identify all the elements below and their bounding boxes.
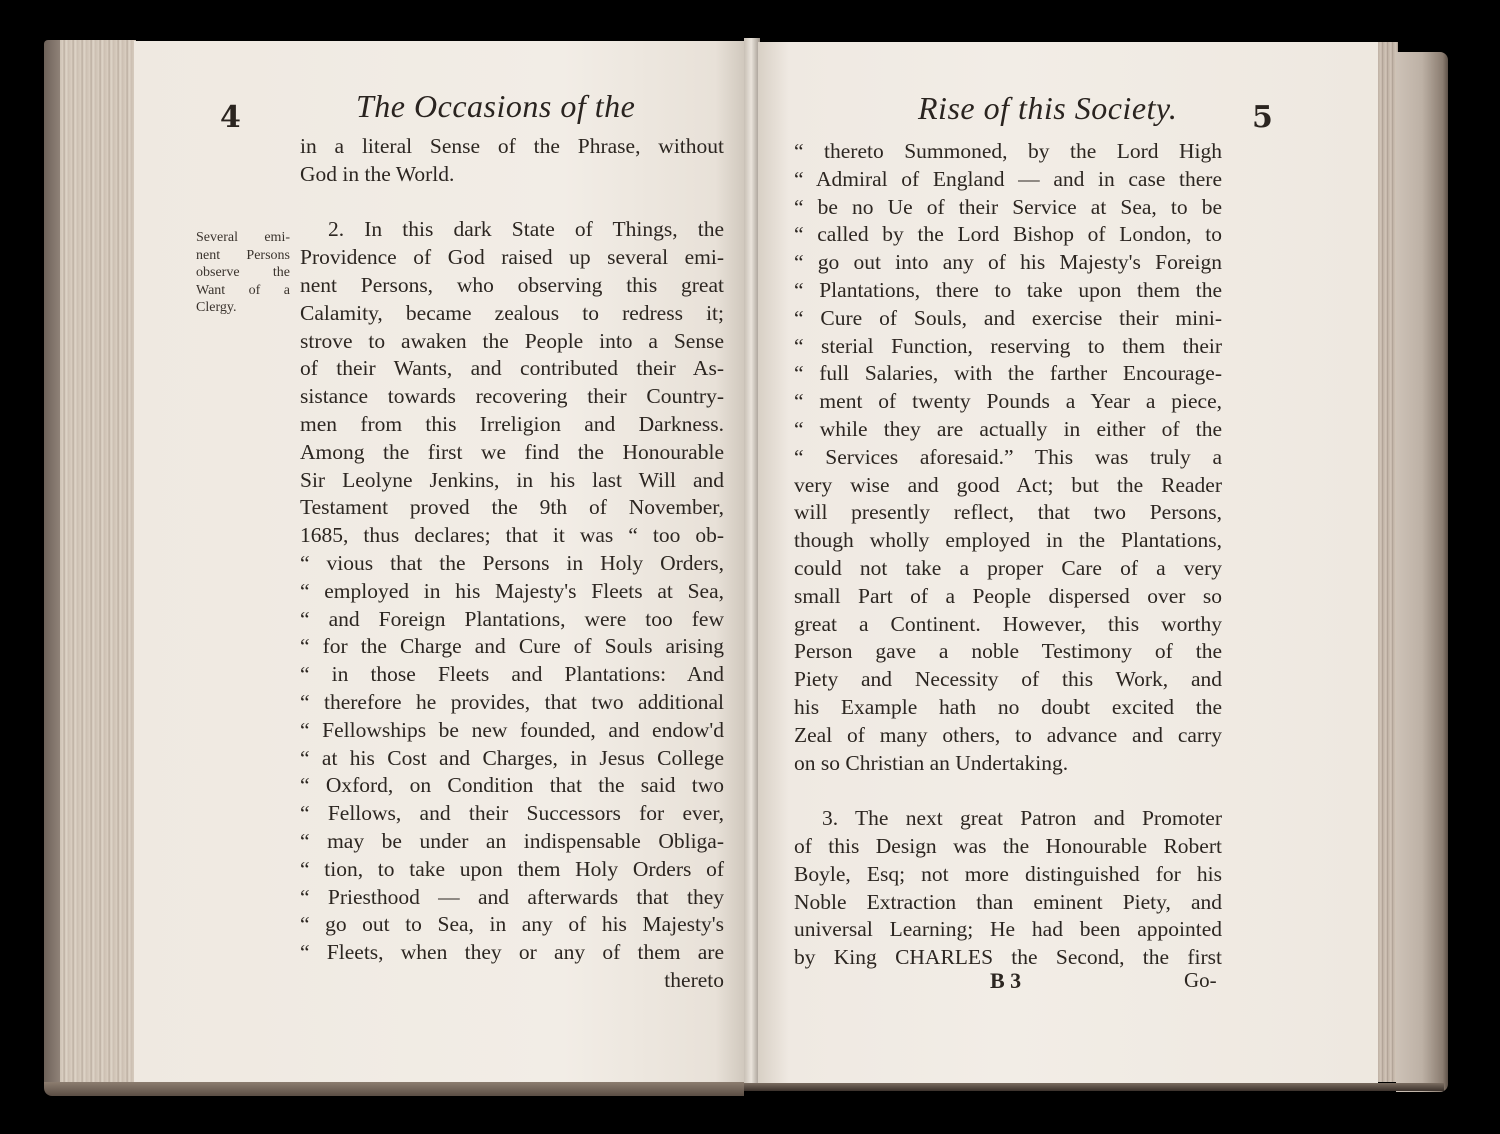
text-line: “ for the Charge and Cure of Souls arisi… bbox=[300, 633, 724, 661]
text-line: his Example hath no doubt excited the bbox=[794, 694, 1222, 722]
text-line: will presently reflect, that two Persons… bbox=[794, 499, 1222, 527]
paragraph-gap bbox=[794, 777, 1222, 805]
text-line: “ Plantations, there to take upon them t… bbox=[794, 277, 1222, 305]
text-line: men from this Irreligion and Darkness. bbox=[300, 411, 724, 439]
text-line: “ Oxford, on Condition that the said two bbox=[300, 772, 724, 800]
text-line: “ Cure of Souls, and exercise their mini… bbox=[794, 305, 1222, 333]
text-line: “ Admiral of England — and in case there bbox=[794, 166, 1222, 194]
text-line: “ vious that the Persons in Holy Orders, bbox=[300, 550, 724, 578]
text-line: of their Wants, and contributed their As… bbox=[300, 355, 724, 383]
margin-note-line: Want of a bbox=[196, 282, 290, 300]
text-line: “ Priesthood — and afterwards that they bbox=[300, 884, 724, 912]
right-running-head: Rise of this Society. bbox=[918, 90, 1177, 127]
text-line: Providence of God raised up several emi- bbox=[300, 244, 724, 272]
text-line: “ at his Cost and Charges, in Jesus Coll… bbox=[300, 745, 724, 773]
text-line: small Part of a People dispersed over so bbox=[794, 583, 1222, 611]
text-line: on so Christian an Undertaking. bbox=[794, 750, 1222, 778]
text-line: of this Design was the Honourable Robert bbox=[794, 833, 1222, 861]
right-cover-bottom bbox=[744, 1083, 1444, 1091]
text-line: “ tion, to take upon them Holy Orders of bbox=[300, 856, 724, 884]
text-line: Sir Leolyne Jenkins, in his last Will an… bbox=[300, 467, 724, 495]
text-line: Among the first we find the Honourable bbox=[300, 439, 724, 467]
text-line: Boyle, Esq; not more distinguished for h… bbox=[794, 861, 1222, 889]
text-line: “ employed in his Majesty's Fleets at Se… bbox=[300, 578, 724, 606]
text-line: Testament proved the 9th of November, bbox=[300, 494, 724, 522]
right-cover-edge bbox=[1396, 52, 1448, 1092]
text-line: “ therefore he provides, that two additi… bbox=[300, 689, 724, 717]
text-line: “ thereto Summoned, by the Lord High bbox=[794, 138, 1222, 166]
text-line: 3. The next great Patron and Promoter bbox=[794, 805, 1222, 833]
text-line: “ Fellowships be new founded, and endow'… bbox=[300, 717, 724, 745]
text-line: “ may be under an indispensable Obliga- bbox=[300, 828, 724, 856]
left-page-edges bbox=[60, 40, 136, 1085]
text-line: in a literal Sense of the Phrase, withou… bbox=[300, 133, 724, 161]
text-line: “ ment of twenty Pounds a Year a piece, bbox=[794, 388, 1222, 416]
text-line: Zeal of many others, to advance and carr… bbox=[794, 722, 1222, 750]
text-line: Noble Extraction than eminent Piety, and bbox=[794, 889, 1222, 917]
left-page-number: 4 bbox=[220, 100, 241, 135]
right-page-number: 5 bbox=[1252, 100, 1273, 135]
text-line: sistance towards recovering their Countr… bbox=[300, 383, 724, 411]
text-line: “ go out into any of his Majesty's Forei… bbox=[794, 249, 1222, 277]
text-line: “ sterial Function, reserving to them th… bbox=[794, 333, 1222, 361]
paragraph-gap bbox=[300, 189, 724, 217]
left-body-text: in a literal Sense of the Phrase, withou… bbox=[300, 133, 724, 995]
text-line: though wholly employed in the Plantation… bbox=[794, 527, 1222, 555]
text-line: “ and Foreign Plantations, were too few bbox=[300, 606, 724, 634]
text-line: “ Services aforesaid.” This was truly a bbox=[794, 444, 1222, 472]
catchword: thereto bbox=[300, 967, 724, 995]
text-line: “ Fleets, when they or any of them are bbox=[300, 939, 724, 967]
text-line: “ Fellows, and their Successors for ever… bbox=[300, 800, 724, 828]
text-line: great a Continent. However, this worthy bbox=[794, 611, 1222, 639]
text-line: “ in those Fleets and Plantations: And bbox=[300, 661, 724, 689]
text-line: universal Learning; He had been appointe… bbox=[794, 916, 1222, 944]
left-running-head: The Occasions of the bbox=[356, 88, 635, 125]
text-line: 2. In this dark State of Things, the bbox=[300, 216, 724, 244]
text-line: nent Persons, who observing this great bbox=[300, 272, 724, 300]
text-line: strove to awaken the People into a Sense bbox=[300, 328, 724, 356]
text-line: “ be no Ue of their Service at Sea, to b… bbox=[794, 194, 1222, 222]
text-line: could not take a proper Care of a very bbox=[794, 555, 1222, 583]
right-body-text: “ thereto Summoned, by the Lord High “ A… bbox=[794, 138, 1222, 972]
text-line: Person gave a noble Testimony of the bbox=[794, 638, 1222, 666]
text-line: 1685, thus declares; that it was “ too o… bbox=[300, 522, 724, 550]
left-cover-bottom bbox=[44, 1082, 744, 1096]
text-line: “ go out to Sea, in any of his Majesty's bbox=[300, 911, 724, 939]
text-line: Calamity, became zealous to redress it; bbox=[300, 300, 724, 328]
text-line: God in the World. bbox=[300, 161, 724, 189]
margin-note-line: Several emi- bbox=[196, 229, 290, 247]
margin-note-line: observe the bbox=[196, 264, 290, 282]
catchword: Go- bbox=[1184, 968, 1217, 993]
margin-note-line: Clergy. bbox=[196, 299, 290, 317]
signature-mark: B 3 bbox=[990, 968, 1021, 994]
margin-note-line: nent Persons bbox=[196, 247, 290, 265]
text-line: “ full Salaries, with the farther Encour… bbox=[794, 360, 1222, 388]
text-line: Piety and Necessity of this Work, and bbox=[794, 666, 1222, 694]
text-line: “ called by the Lord Bishop of London, t… bbox=[794, 221, 1222, 249]
margin-note: Several emi- nent Persons observe the Wa… bbox=[196, 229, 290, 317]
open-book: 4 The Occasions of the Several emi- nent… bbox=[0, 0, 1500, 1134]
right-page-edges bbox=[1378, 42, 1398, 1082]
text-line: very wise and good Act; but the Reader bbox=[794, 472, 1222, 500]
text-line: “ while they are actually in either of t… bbox=[794, 416, 1222, 444]
